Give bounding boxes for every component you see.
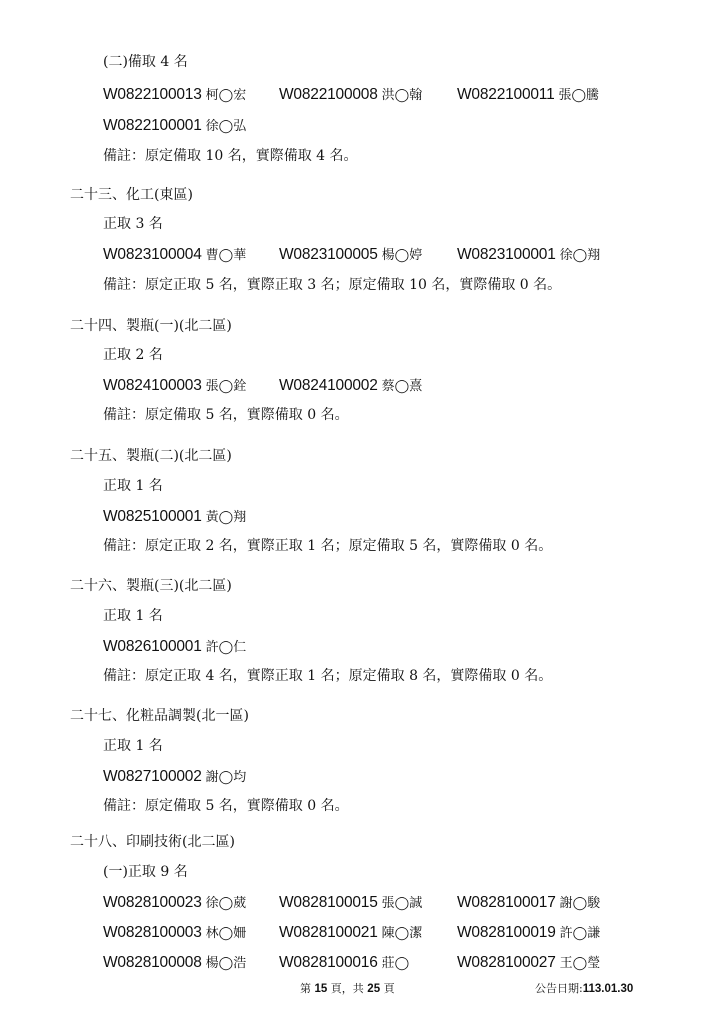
section-subheading: 正取 1 名 bbox=[103, 607, 163, 625]
list-item: W0828100015張◯誠 bbox=[279, 893, 422, 913]
candidate-id: W0825100001 bbox=[103, 508, 202, 525]
candidate-id: W0823100001 bbox=[457, 246, 556, 263]
section-note: 備註：原定備取 5 名，實際備取 0 名。 bbox=[103, 797, 349, 815]
section-note: 備註：原定正取 2 名，實際正取 1 名；原定備取 5 名，實際備取 0 名。 bbox=[103, 537, 552, 555]
list-item: W0828100019許◯謙 bbox=[457, 923, 600, 943]
page-number: 第 15 頁，共 25 頁 bbox=[300, 982, 395, 996]
candidate-id: W0823100005 bbox=[279, 246, 378, 263]
candidate-name: 徐◯弘 bbox=[206, 119, 247, 134]
section-subheading: 正取 1 名 bbox=[103, 737, 163, 755]
candidate-id: W0828100008 bbox=[103, 954, 202, 971]
candidate-name: 莊◯ bbox=[382, 956, 410, 971]
section-note: 備註：原定備取 10 名，實際備取 4 名。 bbox=[103, 147, 358, 165]
list-item: W0825100001黃◯翔 bbox=[103, 507, 246, 527]
candidate-name: 徐◯葳 bbox=[206, 896, 247, 911]
section-subheading: 正取 3 名 bbox=[103, 215, 163, 233]
page-mid: 頁，共 bbox=[331, 982, 364, 995]
candidate-name: 許◯仁 bbox=[206, 640, 247, 655]
candidate-id: W0828100023 bbox=[103, 894, 202, 911]
candidate-name: 楊◯婷 bbox=[382, 248, 423, 263]
candidate-name: 曹◯華 bbox=[206, 248, 247, 263]
section-heading: 二十八、印刷技術(北二區) bbox=[70, 833, 235, 851]
section-note: 備註：原定正取 5 名，實際正取 3 名；原定備取 10 名，實際備取 0 名。 bbox=[103, 276, 561, 294]
candidate-name: 陳◯潔 bbox=[382, 926, 423, 941]
list-item: W0828100017謝◯駿 bbox=[457, 893, 600, 913]
section-heading: 二十三、化工(東區) bbox=[70, 186, 193, 204]
section-subheading: (一)正取 9 名 bbox=[103, 863, 188, 881]
candidate-name: 王◯瑩 bbox=[560, 956, 601, 971]
candidate-id: W0823100004 bbox=[103, 246, 202, 263]
list-item: W0824100002蔡◯熹 bbox=[279, 376, 422, 396]
date-label: 公告日期: bbox=[535, 982, 583, 995]
candidate-name: 林◯姍 bbox=[206, 926, 247, 941]
section-note: 備註：原定正取 4 名，實際正取 1 名；原定備取 8 名，實際備取 0 名。 bbox=[103, 667, 552, 685]
page-prefix: 第 bbox=[300, 982, 311, 995]
list-item: W0828100008楊◯浩 bbox=[103, 953, 246, 973]
candidate-id: W0824100002 bbox=[279, 377, 378, 394]
page-current: 15 bbox=[315, 983, 328, 995]
list-item: W0828100016莊◯ bbox=[279, 953, 409, 973]
candidate-id: W0828100019 bbox=[457, 924, 556, 941]
list-item: W0828100021陳◯潔 bbox=[279, 923, 422, 943]
list-item: W0827100002謝◯均 bbox=[103, 767, 246, 787]
section-heading: 二十四、製瓶(一)(北二區) bbox=[70, 317, 232, 335]
candidate-name: 洪◯翰 bbox=[382, 88, 423, 103]
candidate-id: W0828100003 bbox=[103, 924, 202, 941]
announcement-date: 公告日期:113.01.30 bbox=[535, 982, 633, 996]
page-suffix: 頁 bbox=[384, 982, 395, 995]
candidate-id: W0827100002 bbox=[103, 768, 202, 785]
candidate-name: 張◯誠 bbox=[382, 896, 423, 911]
candidate-name: 徐◯翔 bbox=[560, 248, 601, 263]
candidate-name: 謝◯均 bbox=[206, 770, 247, 785]
section-note: 備註：原定備取 5 名，實際備取 0 名。 bbox=[103, 406, 349, 424]
list-item: W0822100013柯◯宏 bbox=[103, 85, 246, 105]
list-item: W0822100008洪◯翰 bbox=[279, 85, 422, 105]
list-item: W0828100003林◯姍 bbox=[103, 923, 246, 943]
candidate-id: W0822100013 bbox=[103, 86, 202, 103]
candidate-id: W0822100011 bbox=[457, 86, 554, 103]
candidate-id: W0822100008 bbox=[279, 86, 378, 103]
date-value: 113.01.30 bbox=[583, 983, 634, 995]
candidate-name: 許◯謙 bbox=[560, 926, 601, 941]
list-item: W0826100001許◯仁 bbox=[103, 637, 246, 657]
section-heading: 二十七、化粧品調製(北一區) bbox=[70, 707, 249, 725]
candidate-name: 蔡◯熹 bbox=[382, 379, 423, 394]
list-item: W0822100011張◯騰 bbox=[457, 85, 599, 105]
candidate-id: W0826100001 bbox=[103, 638, 202, 655]
list-item: W0822100001徐◯弘 bbox=[103, 116, 246, 136]
candidate-id: W0828100015 bbox=[279, 894, 378, 911]
candidate-name: 柯◯宏 bbox=[206, 88, 247, 103]
candidate-id: W0822100001 bbox=[103, 117, 202, 134]
section-subheading: 正取 1 名 bbox=[103, 477, 163, 495]
candidate-id: W0828100021 bbox=[279, 924, 378, 941]
list-item: W0823100005楊◯婷 bbox=[279, 245, 422, 265]
list-item: W0823100004曹◯華 bbox=[103, 245, 246, 265]
candidate-id: W0828100027 bbox=[457, 954, 556, 971]
list-item: W0828100023徐◯葳 bbox=[103, 893, 246, 913]
candidate-id: W0828100016 bbox=[279, 954, 378, 971]
section-heading: 二十五、製瓶(二)(北二區) bbox=[70, 447, 232, 465]
section-heading: 二十六、製瓶(三)(北二區) bbox=[70, 577, 232, 595]
section-subheading: 正取 2 名 bbox=[103, 346, 163, 364]
candidate-id: W0824100003 bbox=[103, 377, 202, 394]
candidate-name: 謝◯駿 bbox=[560, 896, 601, 911]
candidate-name: 楊◯浩 bbox=[206, 956, 247, 971]
section-subheading: (二)備取 4 名 bbox=[103, 53, 188, 71]
document-page: (二)備取 4 名 W0822100013柯◯宏 W0822100008洪◯翰 … bbox=[0, 0, 724, 1024]
list-item: W0823100001徐◯翔 bbox=[457, 245, 600, 265]
list-item: W0824100003張◯銓 bbox=[103, 376, 246, 396]
candidate-id: W0828100017 bbox=[457, 894, 556, 911]
candidate-name: 張◯騰 bbox=[558, 88, 599, 103]
page-total: 25 bbox=[367, 983, 380, 995]
candidate-name: 張◯銓 bbox=[206, 379, 247, 394]
list-item: W0828100027王◯瑩 bbox=[457, 953, 600, 973]
candidate-name: 黃◯翔 bbox=[206, 510, 247, 525]
